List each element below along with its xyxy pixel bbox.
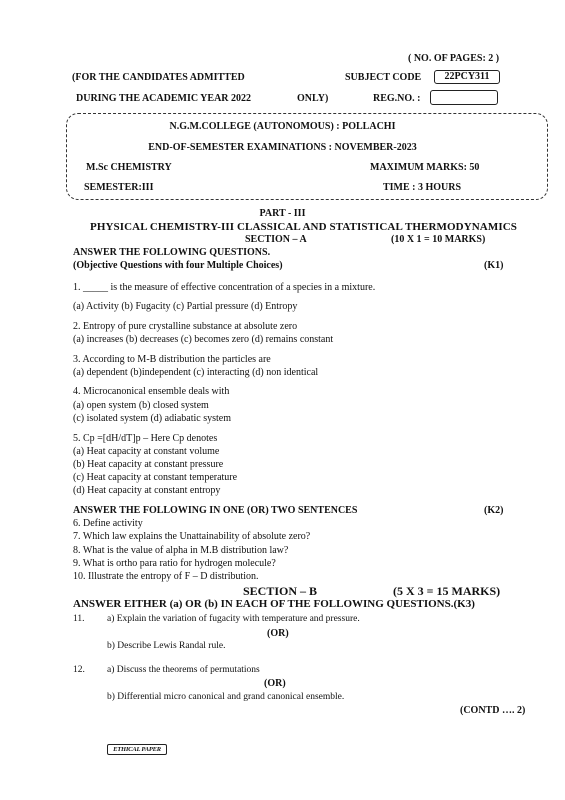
- part-label: PART - III: [0, 208, 565, 219]
- question-part-b: b) Describe Lewis Randal rule.: [107, 641, 225, 651]
- semester: SEMESTER:III: [84, 182, 153, 193]
- mcq-options: (a) Heat capacity at constant volume: [73, 446, 219, 457]
- mcq-options: (a) increases (b) decreases (c) becomes …: [73, 334, 333, 345]
- mcq-question: 5. Cp =[dH/dT]p – Here Cp denotes: [73, 433, 217, 444]
- subject-code: 22PCY311: [434, 70, 500, 84]
- college-name: N.G.M.COLLEGE (AUTONOMOUS) : POLLACHI: [0, 121, 565, 132]
- admitted-line-2: DURING THE ACADEMIC YEAR 2022: [76, 93, 251, 104]
- paper-title: PHYSICAL CHEMISTRY-III CLASSICAL AND STA…: [90, 221, 517, 233]
- short-question: 6. Define activity: [73, 518, 143, 529]
- reg-no-field[interactable]: [430, 90, 498, 105]
- section-a-subinstruction: (Objective Questions with four Multiple …: [73, 260, 283, 271]
- question-part-a: a) Explain the variation of fugacity wit…: [107, 614, 360, 624]
- continued-label: (CONTD …. 2): [460, 705, 525, 716]
- section-b-instruction: ANSWER EITHER (a) OR (b) IN EACH OF THE …: [73, 598, 475, 610]
- mcq-options: (a) open system (b) closed system: [73, 400, 209, 411]
- short-question: 10. Illustrate the entropy of F – D dist…: [73, 571, 259, 582]
- question-number: 12.: [73, 665, 85, 675]
- subject-code-label: SUBJECT CODE: [345, 72, 421, 83]
- program: M.Sc CHEMISTRY: [86, 162, 172, 173]
- short-question: 9. What is ortho para ratio for hydrogen…: [73, 558, 276, 569]
- mcq-question: 4. Microcanonical ensemble deals with: [73, 386, 229, 397]
- question-number: 11.: [73, 614, 85, 624]
- section-a-instruction: ANSWER THE FOLLOWING QUESTIONS.: [73, 247, 270, 258]
- short-level: (K2): [484, 505, 503, 516]
- section-a-marks: (10 X 1 = 10 MARKS): [391, 234, 485, 245]
- page-count: ( NO. OF PAGES: 2 ): [408, 53, 499, 64]
- mcq-options: (b) Heat capacity at constant pressure: [73, 459, 223, 470]
- exam-time: TIME : 3 HOURS: [383, 182, 461, 193]
- mcq-question: 2. Entropy of pure crystalline substance…: [73, 321, 297, 332]
- mcq-options: (c) Heat capacity at constant temperatur…: [73, 472, 237, 483]
- mcq-question: 3. According to M-B distribution the par…: [73, 354, 271, 365]
- section-a-heading: SECTION – A: [245, 234, 307, 245]
- question-part-b: b) Differential micro canonical and gran…: [107, 692, 344, 702]
- max-marks: MAXIMUM MARKS: 50: [370, 162, 479, 173]
- ethical-paper-stamp: ETHICAL PAPER: [107, 744, 167, 755]
- short-question: 8. What is the value of alpha in M.B dis…: [73, 545, 288, 556]
- section-b-heading: SECTION – B: [243, 584, 317, 599]
- exam-title: END-OF-SEMESTER EXAMINATIONS : NOVEMBER-…: [0, 142, 565, 153]
- short-instruction: ANSWER THE FOLLOWING IN ONE (OR) TWO SEN…: [73, 505, 357, 516]
- or-label: (OR): [264, 678, 286, 689]
- mcq-question: 1. _____ is the measure of effective con…: [73, 282, 375, 293]
- section-b-marks: (5 X 3 = 15 MARKS): [393, 584, 500, 599]
- admitted-only: ONLY): [297, 93, 328, 104]
- mcq-options: (a) Activity (b) Fugacity (c) Partial pr…: [73, 301, 297, 312]
- mcq-options: (d) Heat capacity at constant entropy: [73, 485, 220, 496]
- mcq-options: (a) dependent (b)independent (c) interac…: [73, 367, 318, 378]
- or-label: (OR): [267, 628, 289, 639]
- mcq-options: (c) isolated system (d) adiabatic system: [73, 413, 231, 424]
- admitted-line-1: (FOR THE CANDIDATES ADMITTED: [72, 72, 245, 83]
- short-question: 7. Which law explains the Unattainabilit…: [73, 531, 310, 542]
- question-part-a: a) Discuss the theorems of permutations: [107, 665, 260, 675]
- reg-no-label: REG.NO. :: [373, 93, 421, 104]
- section-a-level: (K1): [484, 260, 503, 271]
